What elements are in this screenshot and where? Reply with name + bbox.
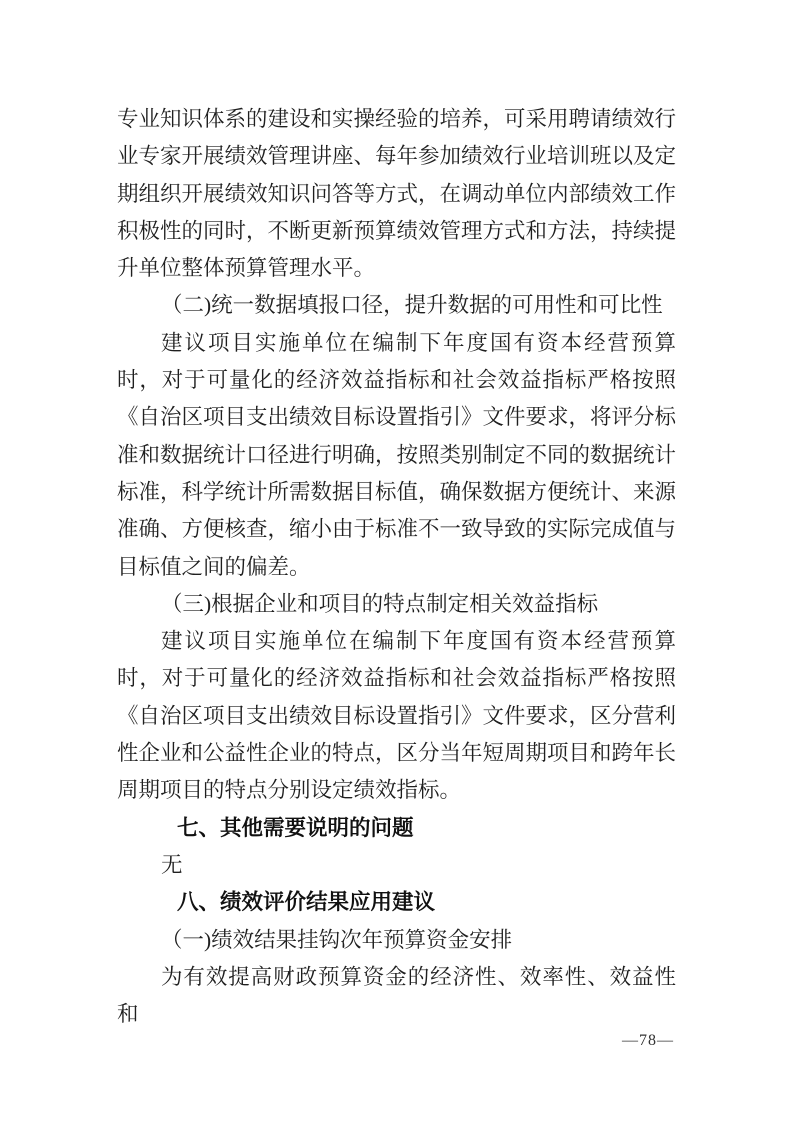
plain-line: 无 [117, 847, 676, 884]
body-paragraph: 建议项目实施单位在编制下年度国有资本经营预算时，对于可量化的经济效益指标和社会效… [117, 623, 676, 809]
subsection-heading: （一)绩效结果挂钩次年预算资金安排 [117, 922, 676, 959]
document-page: 专业知识体系的建设和实操经验的培养，可采用聘请绩效行业专家开展绩效管理讲座、每年… [0, 0, 793, 1122]
subsection-heading: （三)根据企业和项目的特点制定相关效益指标 [117, 586, 676, 623]
body-paragraph: 为有效提高财政预算资金的经济性、效率性、效益性和 [117, 959, 676, 1034]
section-heading: 八、绩效评价结果应用建议 [117, 884, 676, 921]
page-number: —78— [622, 1032, 674, 1049]
subsection-heading: （二)统一数据填报口径，提升数据的可用性和可比性 [117, 287, 676, 324]
body-paragraph-continued: 专业知识体系的建设和实操经验的培养，可采用聘请绩效行业专家开展绩效管理讲座、每年… [117, 101, 676, 287]
body-paragraph: 建议项目实施单位在编制下年度国有资本经营预算时，对于可量化的经济效益指标和社会效… [117, 325, 676, 586]
document-content: 专业知识体系的建设和实操经验的培养，可采用聘请绩效行业专家开展绩效管理讲座、每年… [117, 101, 676, 1033]
page-footer: —78— [622, 1031, 674, 1051]
section-heading: 七、其他需要说明的问题 [117, 810, 676, 847]
